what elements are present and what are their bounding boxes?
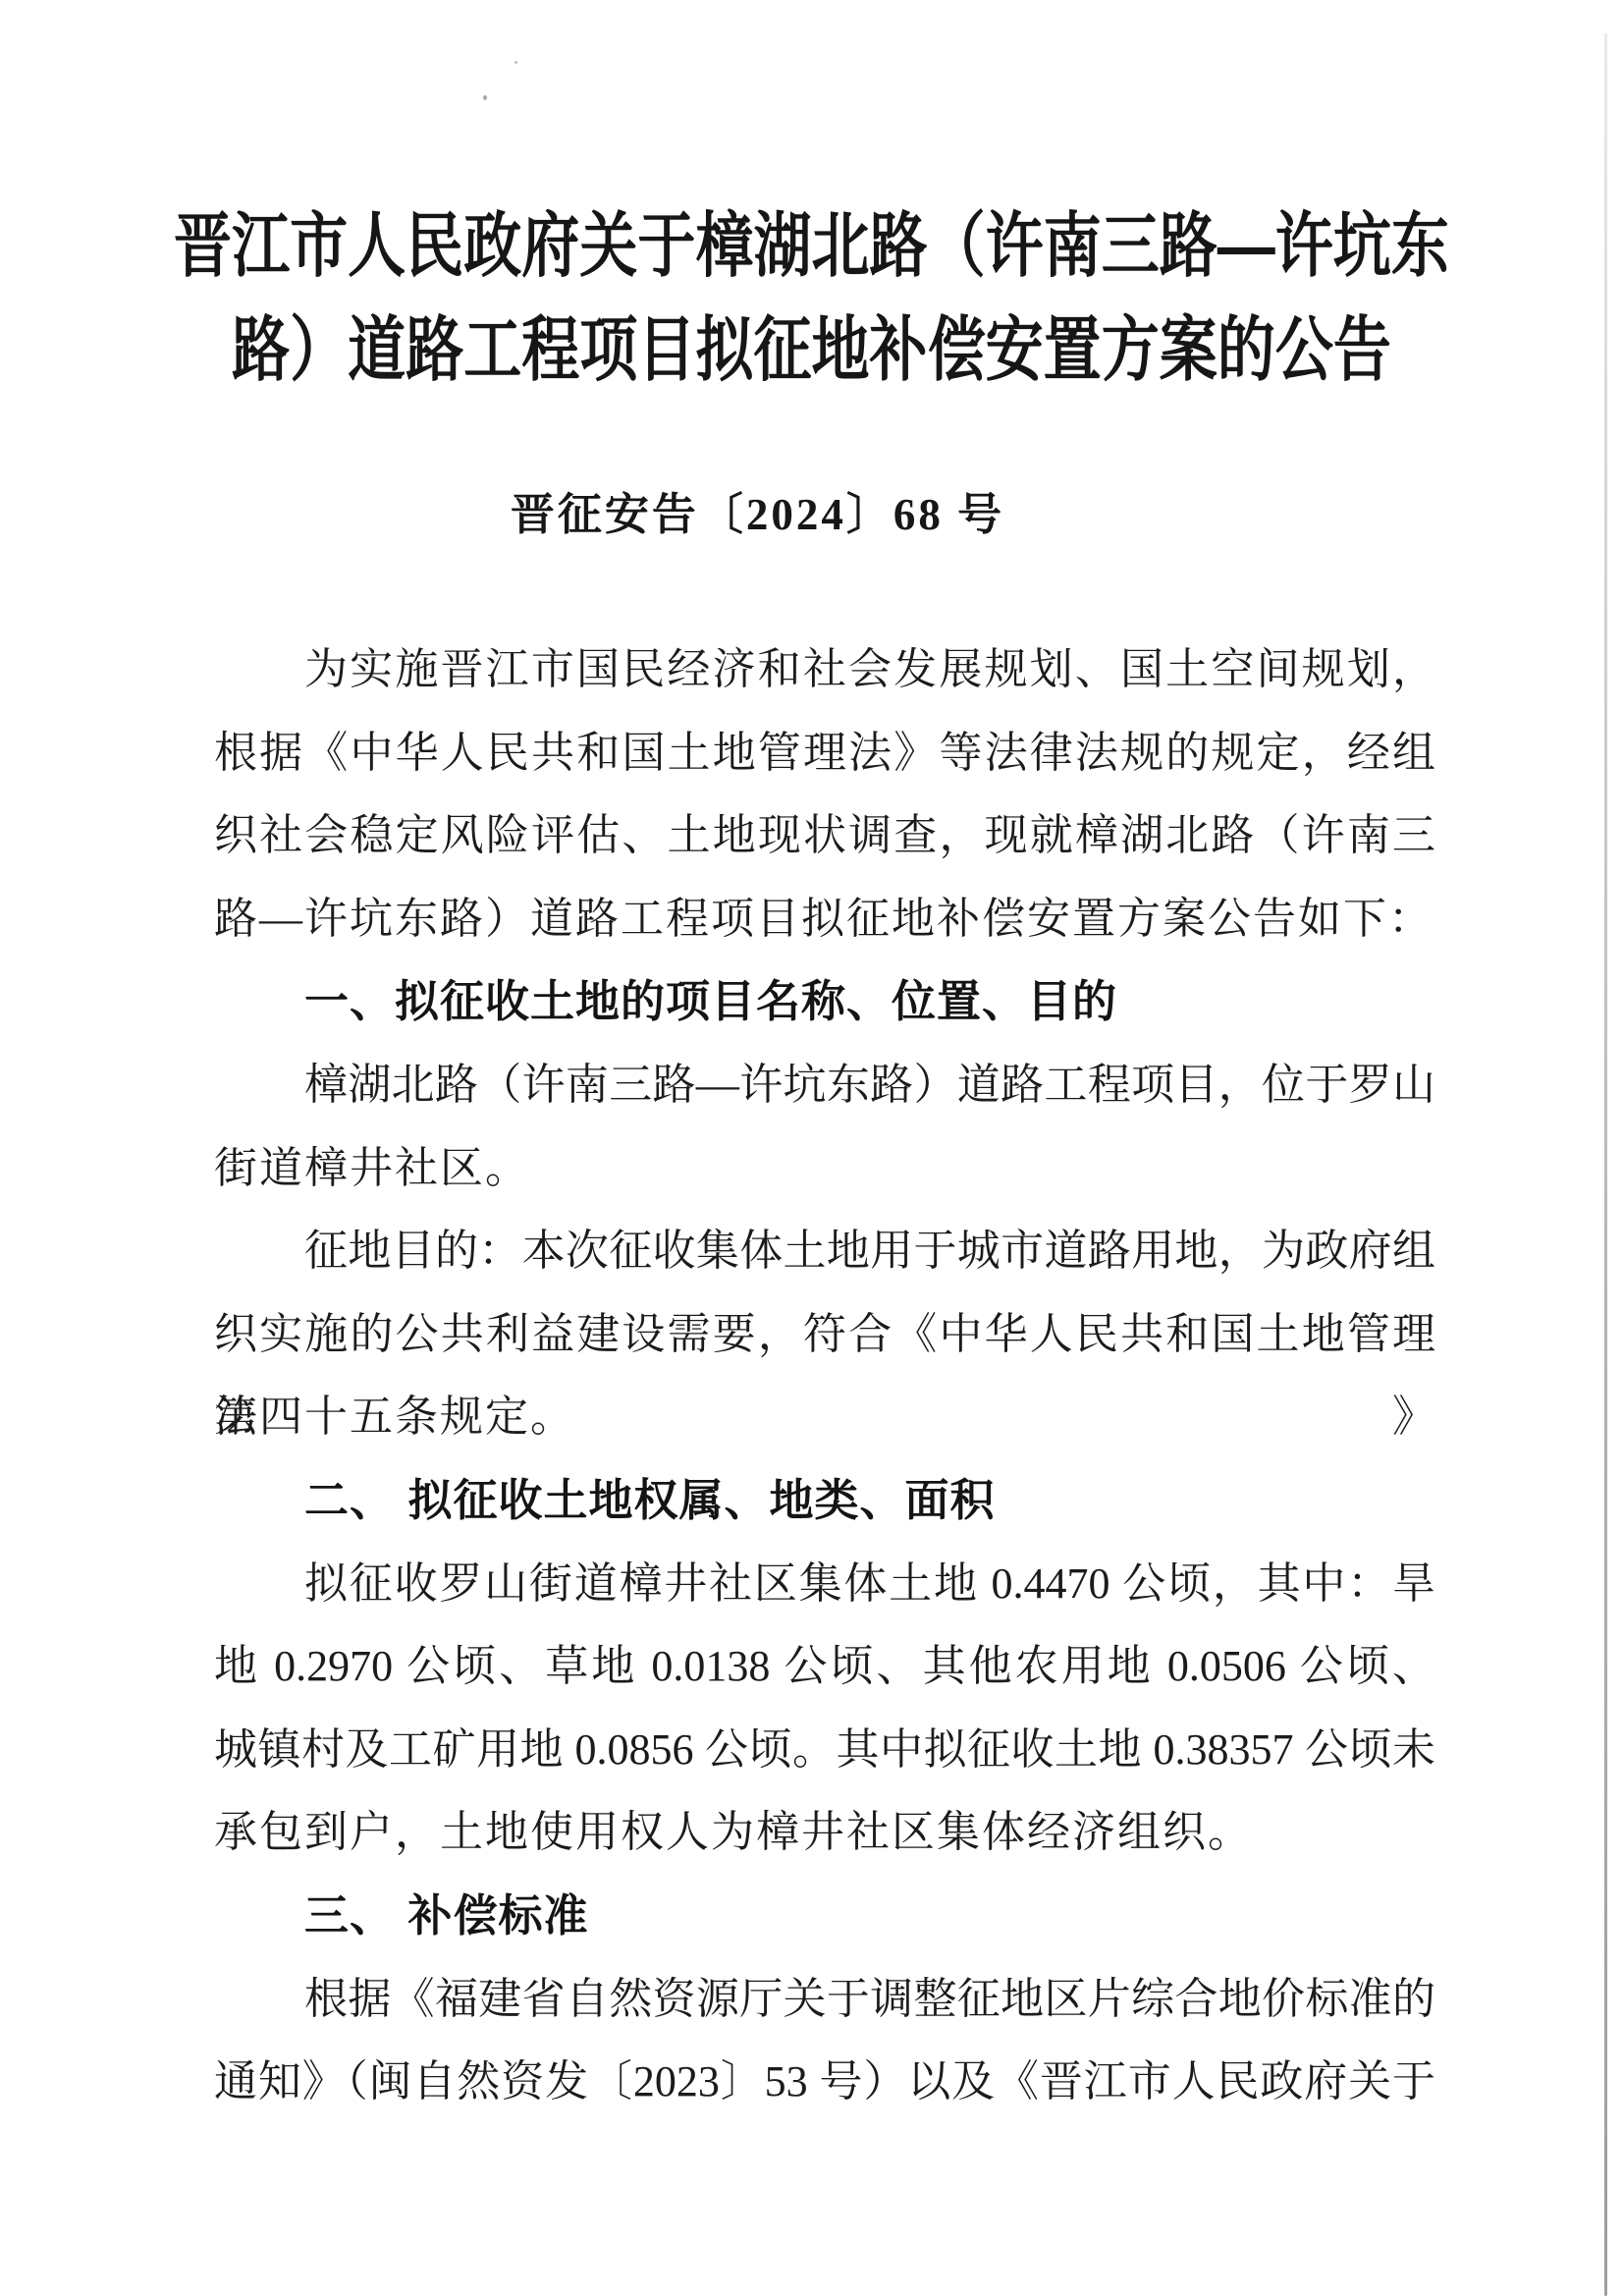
body-line: 拟征收罗山街道樟井社区集体土地 0.4470 公顷，其中：旱 bbox=[214, 1543, 1435, 1626]
body-line: 根据《福建省自然资源厅关于调整征地区片综合地价标准的 bbox=[214, 1958, 1435, 2042]
body-line: 承包到户，土地使用权人为樟井社区集体经济组织。 bbox=[214, 1791, 1435, 1875]
document-title: 晋江市人民政府关于樟湖北路（许南三路—许坑东 路）道路工程项目拟征地补偿安置方案… bbox=[0, 194, 1623, 403]
document-number: 晋征安告〔2024〕68 号 bbox=[0, 478, 1569, 542]
body-line: 街道樟井社区。 bbox=[214, 1127, 1435, 1211]
document-body: 为实施晋江市国民经济和社会发展规划、国土空间规划，根据《中华人民共和国土地管理法… bbox=[214, 629, 1435, 2124]
scan-speck bbox=[483, 95, 487, 100]
body-line: 征地目的：本次征收集体土地用于城市道路用地，为政府组 bbox=[214, 1210, 1435, 1293]
section-heading: 一、拟征收土地的项目名称、位置、目的 bbox=[214, 960, 1435, 1044]
scan-speck bbox=[514, 61, 517, 64]
body-line: 织实施的公共利益建设需要，符合《中华人民共和国土地管理法》 bbox=[214, 1293, 1435, 1377]
body-line: 地 0.2970 公顷、草地 0.0138 公顷、其他农用地 0.0506 公顷… bbox=[214, 1625, 1435, 1709]
body-line: 城镇村及工矿用地 0.0856 公顷。其中拟征收土地 0.38357 公顷未 bbox=[214, 1709, 1435, 1792]
document-page: 晋江市人民政府关于樟湖北路（许南三路—许坑东 路）道路工程项目拟征地补偿安置方案… bbox=[0, 0, 1623, 2296]
body-line: 织社会稳定风险评估、土地现状调查，现就樟湖北路（许南三 bbox=[214, 794, 1435, 878]
section-heading: 三、 补偿标准 bbox=[214, 1875, 1435, 1958]
body-line: 路—许坑东路）道路工程项目拟征地补偿安置方案公告如下： bbox=[214, 878, 1435, 961]
body-line: 根据《中华人民共和国土地管理法》等法律法规的规定，经组 bbox=[214, 712, 1435, 795]
body-line: 通知》（闽自然资发〔2023〕53 号）以及《晋江市人民政府关于 bbox=[214, 2041, 1435, 2124]
title-line-1: 晋江市人民政府关于樟湖北路（许南三路—许坑东 bbox=[146, 194, 1477, 299]
body-line: 为实施晋江市国民经济和社会发展规划、国土空间规划， bbox=[214, 629, 1435, 712]
body-line: 樟湖北路（许南三路—许坑东路）道路工程项目，位于罗山 bbox=[214, 1044, 1435, 1127]
section-heading: 二、 拟征收土地权属、地类、面积 bbox=[214, 1459, 1435, 1543]
title-line-2: 路）道路工程项目拟征地补偿安置方案的公告 bbox=[146, 299, 1477, 403]
